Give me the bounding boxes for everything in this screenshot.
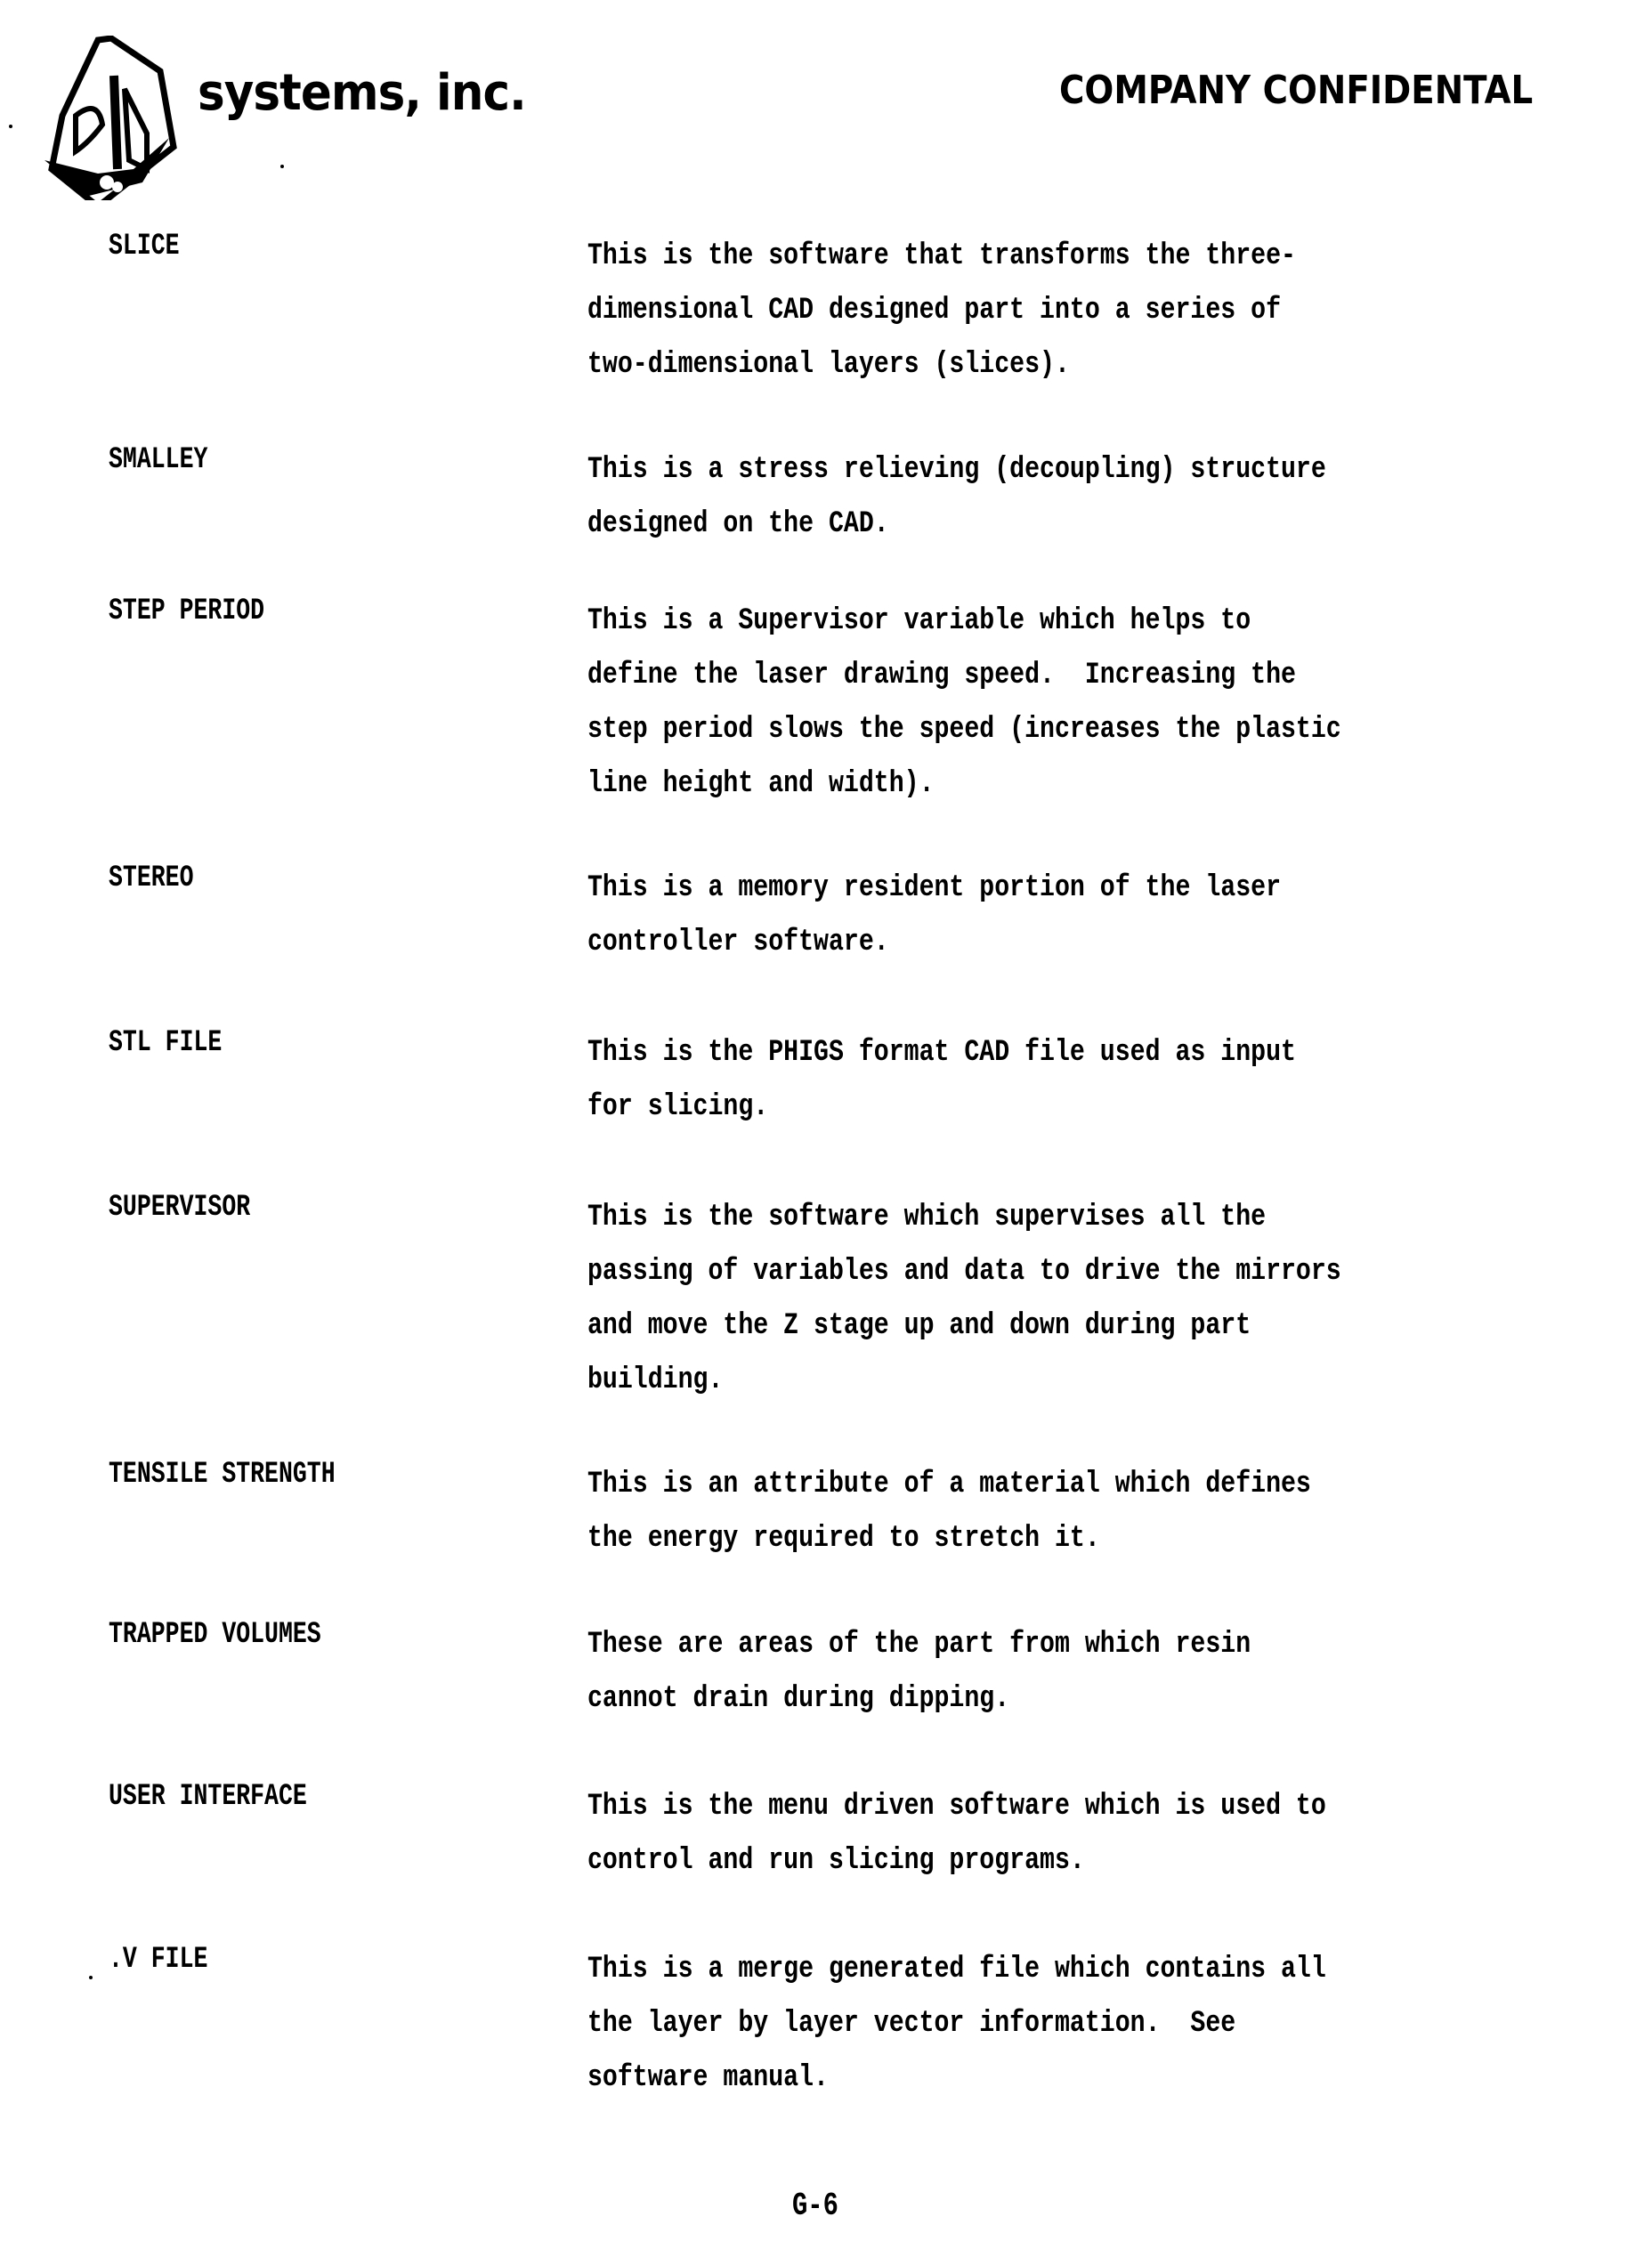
scan-speck [9,125,12,128]
definition-line: cannot drain during dipping. [587,1672,1251,1727]
definition-line: define the laser drawing speed. Increasi… [587,649,1341,703]
definition-line: controller software. [587,916,1281,970]
definition-line: the energy required to stretch it. [587,1512,1311,1566]
company-name: systems, inc. [198,64,526,122]
definition-line: the layer by layer vector information. S… [587,1997,1326,2051]
definition-line: building. [587,1354,1341,1408]
definition-line: This is a memory resident portion of the… [587,862,1281,916]
glossary-definition: This is the software that transforms the… [587,230,1296,392]
definition-line: control and run slicing programs. [587,1834,1326,1889]
definition-line: These are areas of the part from which r… [587,1618,1251,1672]
definition-line: and move the Z stage up and down during … [587,1299,1341,1354]
glossary-term: .V FILE [109,1943,207,1977]
definition-line: passing of variables and data to drive t… [587,1245,1341,1299]
glossary-term: STEREO [109,862,193,895]
definition-line: This is a Supervisor variable which help… [587,595,1341,649]
glossary-definition: This is the PHIGS format CAD file used a… [587,1026,1296,1135]
glossary-definition: This is the software which supervises al… [587,1191,1341,1408]
definition-line: designed on the CAD. [587,498,1326,552]
definition-line: two-dimensional layers (slices). [587,338,1296,392]
glossary-definition: This is a stress relieving (decoupling) … [587,443,1326,552]
definition-line: software manual. [587,2051,1326,2106]
glossary-definition: These are areas of the part from which r… [587,1618,1251,1727]
definition-line: This is a merge generated file which con… [587,1943,1326,1997]
glossary-term: TENSILE STRENGTH [109,1458,336,1492]
glossary-definition: This is the menu driven software which i… [587,1780,1326,1889]
definition-line: This is the software which supervises al… [587,1191,1341,1245]
confidential-label: COMPANY CONFIDENTAL [1059,68,1533,113]
glossary-term: STL FILE [109,1026,222,1060]
definition-line: line height and width). [587,757,1341,812]
definition-line: This is a stress relieving (decoupling) … [587,443,1326,498]
definition-line: This is the software that transforms the… [587,230,1296,284]
definition-line: This is an attribute of a material which… [587,1458,1311,1512]
3d-systems-logo-icon [36,36,214,200]
definition-line: for slicing. [587,1080,1296,1135]
scan-speck [280,165,284,168]
definition-line: dimensional CAD designed part into a ser… [587,284,1296,338]
definition-line: step period slows the speed (increases t… [587,703,1341,757]
glossary-term: SLICE [109,230,180,263]
page-number: G-6 [792,2188,838,2224]
glossary-term: STEP PERIOD [109,595,264,628]
glossary-term: SMALLEY [109,443,207,477]
glossary-term: SUPERVISOR [109,1191,250,1225]
glossary-term: USER INTERFACE [109,1780,307,1814]
definition-line: This is the menu driven software which i… [587,1780,1326,1834]
glossary-term: TRAPPED VOLUMES [109,1618,321,1652]
scan-speck [89,1976,93,1979]
glossary-definition: This is a memory resident portion of the… [587,862,1281,970]
definition-line: This is the PHIGS format CAD file used a… [587,1026,1296,1080]
glossary-definition: This is a merge generated file which con… [587,1943,1326,2106]
glossary-definition: This is a Supervisor variable which help… [587,595,1341,812]
glossary-definition: This is an attribute of a material which… [587,1458,1311,1566]
